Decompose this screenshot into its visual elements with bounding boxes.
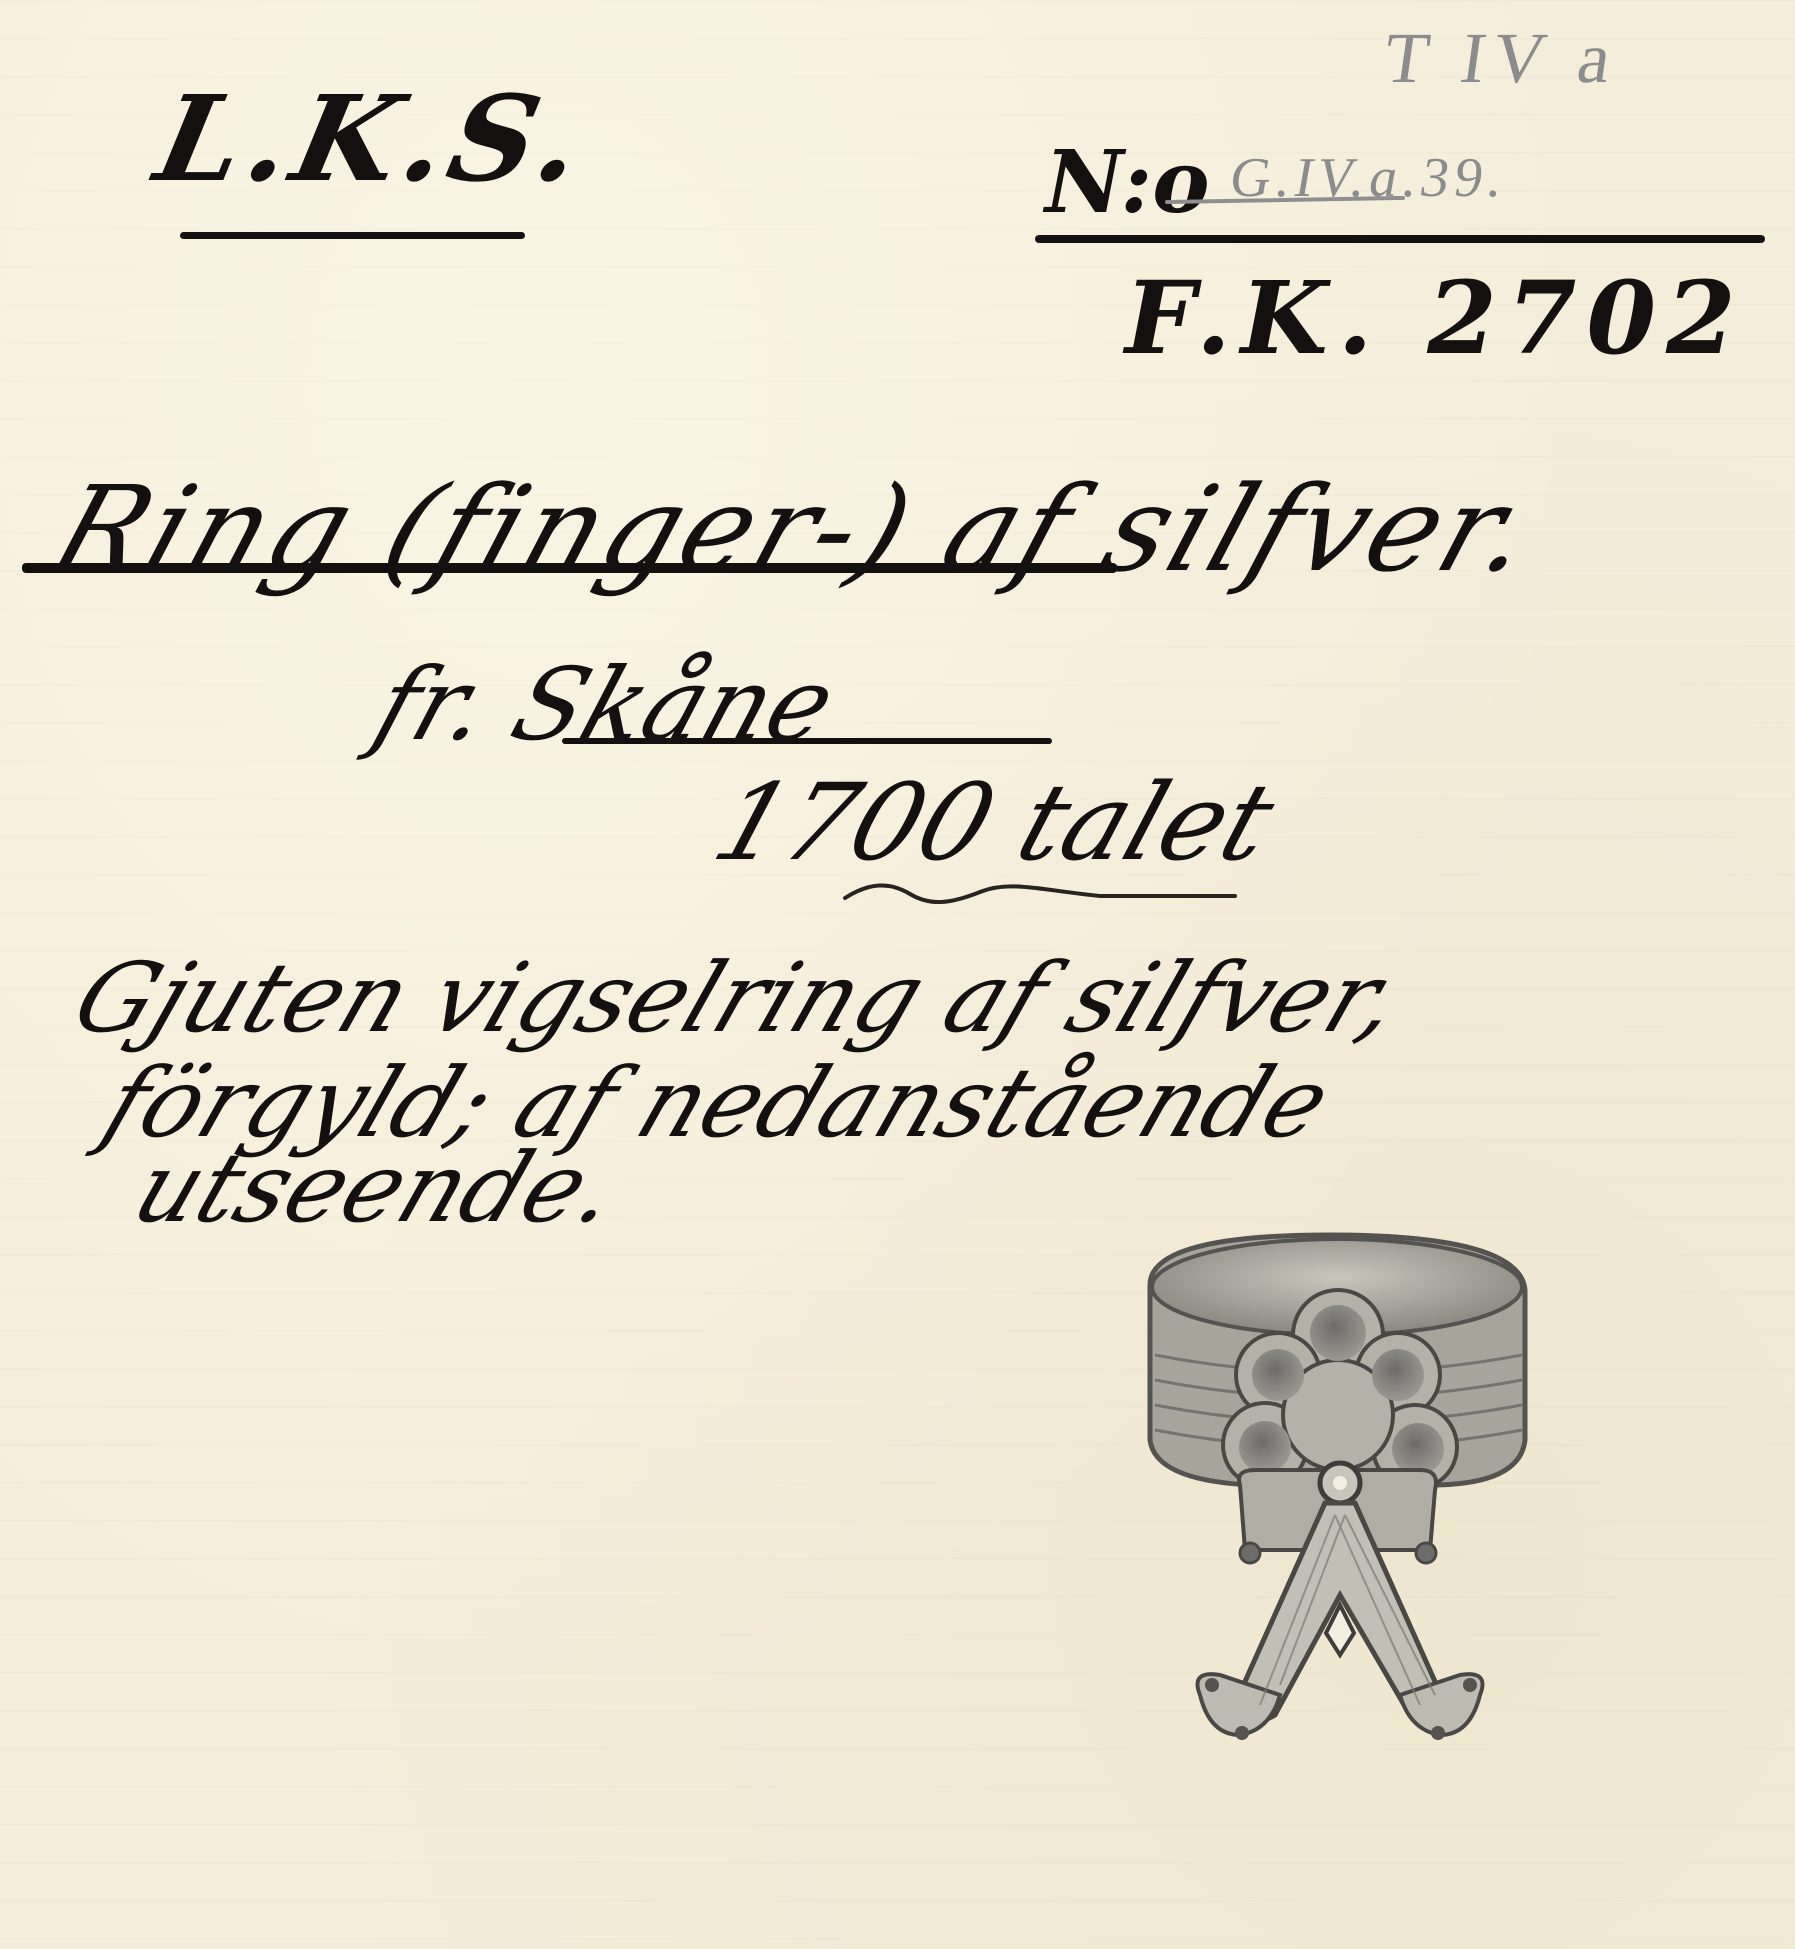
monogram-underline [180,232,525,239]
description-line: utseende. [123,1140,632,1236]
origin-underline [562,738,1052,744]
ring-illustration [1130,1215,1550,1775]
pencil-classification-current: T IV a [1380,22,1623,94]
date-flourish [840,880,1240,910]
description-line: Gjuten vigselring af silfver, [63,950,1414,1046]
number-divider-rule [1035,235,1765,243]
monogram: L.K.S. [147,80,598,198]
title-underline [22,563,1117,573]
entry-date: 1700 talet [703,770,1286,876]
catalogue-number: F.K. 2702 [1125,268,1746,368]
number-label: N:o [1045,140,1210,226]
